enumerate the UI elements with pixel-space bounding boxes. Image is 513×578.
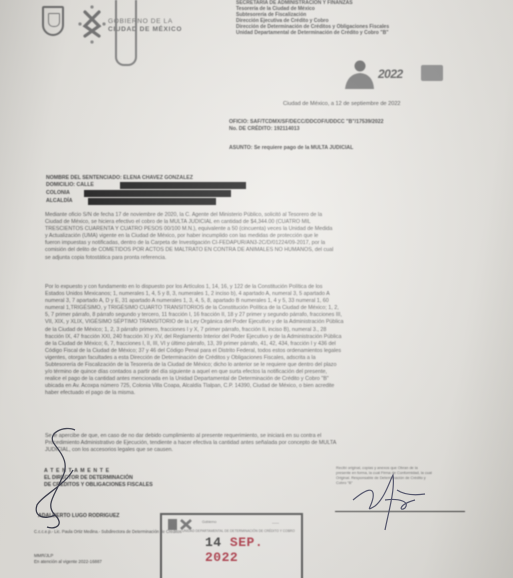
text-line: Mediante oficio S/N de fecha 17 de novie… <box>45 212 333 219</box>
alcaldia-label: ALCALDÍA <box>46 198 73 204</box>
text-line: TRESCIENTOS CUARENTA Y CUATRO PESOS 00/1… <box>45 226 333 233</box>
redacted-colonia <box>84 190 231 197</box>
text-line: haber efectuado el pago de la misma. <box>45 390 344 397</box>
cdmx-logo-icon <box>77 4 107 44</box>
year-banner: 2022 <box>343 55 455 91</box>
credit-number: No. DE CRÉDITO: 192114013 <box>229 126 300 132</box>
initials: MMR/JLP <box>34 553 53 558</box>
text-line: vigentes, otorgan facultades a esta Dire… <box>45 355 344 362</box>
subject-line: ASUNTO: Se requiere pago de la MULTA JUD… <box>229 145 353 151</box>
salutation: A T E N T A M E N T E <box>44 468 110 474</box>
colonia-label: COLONIA <box>46 190 70 196</box>
portrait-icon <box>343 59 375 89</box>
document-page: GOBIERNO DE LA CIUDAD DE MÉXICO SECRETAR… <box>0 0 513 578</box>
text-line: comisión del delito de COMETIDOS POR ACT… <box>45 247 333 254</box>
text-line: de la Ciudad de México; 6, 7, fracciones… <box>45 341 344 348</box>
text-line: JUDICIAL, con los accesorios legales que… <box>45 447 336 454</box>
paper-clip-icon <box>115 0 137 66</box>
text-line: fracción IX, 47 fracción XXI, 240 fracci… <box>45 334 344 341</box>
signer-title-2: DE CRÉDITOS Y OBLIGACIONES FISCALES <box>44 482 153 488</box>
redacted-alcaldia <box>88 198 216 205</box>
text-line: y/o término de quince días contados a pa… <box>45 369 344 376</box>
stamp-unit: UNIDAD DEPARTAMENTAL DE DETERMINACIÓN DE… <box>182 529 295 533</box>
attention-ref: En atención al vigente 2022-16887 <box>34 559 102 564</box>
text-line: Procedimiento Administrativo de Ejecució… <box>45 440 336 447</box>
text-line: realice el pago de la cantidad antes men… <box>45 376 344 383</box>
text-line: Se le apercibe de que, en caso de no dar… <box>45 433 336 440</box>
paragraph-2: Por lo expuesto y con fundamento en lo d… <box>45 284 344 398</box>
receipt-text: Recibí original, copias y anexos que Obr… <box>336 466 432 486</box>
oficio-number: OFICIO: SAF/TCDMX/SF/DECC/DDCOF/UDDCC "B… <box>229 119 384 125</box>
text-line: Código Fiscal de la Ciudad de México; 37… <box>45 348 344 355</box>
banner-logo <box>421 65 443 81</box>
text-line: Original. Responsable de Determinación d… <box>336 476 432 481</box>
text-line: Subtesorería de Fiscalización de la Teso… <box>45 362 344 369</box>
received-stamp: Gobierno —— UNIDAD DEPARTAMENTAL DE DETE… <box>160 513 303 578</box>
text-line: fueron impuestas y notificadas, dentro d… <box>45 240 333 247</box>
text-line: Cobro "B" <box>336 481 432 486</box>
text-line: Por lo expuesto y con fundamento en lo d… <box>45 284 344 291</box>
recipient-name: NOMBRE DEL SENTENCIADO: ELENA CHAVEZ GON… <box>46 175 193 181</box>
paragraph-3: Se le apercibe de que, en caso de no dar… <box>45 433 336 454</box>
text-line: numeral 1,TRIGÉSIMO, y TRIGÉSIMO CUARTO … <box>45 305 344 312</box>
signature-line <box>335 511 465 512</box>
text-line: ubicada en Av. Acoxpa número 725, Coloni… <box>45 383 344 390</box>
stamp-date: 14 SEP. 2022 <box>205 535 301 565</box>
signer-title-1: EL DIRECTOR DE DETERMINACIÓN <box>44 475 133 481</box>
text-line: Estados Unidos Mexicanos; 1, numerales 1… <box>45 291 344 298</box>
redacted-address <box>120 182 246 189</box>
place-date: Ciudad de México, a 12 de septiembre de … <box>283 101 401 107</box>
text-line: Unidad Departamental de Determinación de… <box>236 30 389 36</box>
address-label: DOMICILIO: CALLE <box>46 182 94 188</box>
banner-year: 2022 <box>378 67 403 81</box>
text-line: se adjunta copia fotostática para pronta… <box>45 255 333 262</box>
coat-of-arms-icon <box>42 6 64 36</box>
text-line: de la Ciudad de México; 1, 2, 3 párrafo … <box>45 327 344 334</box>
department-block: SECRETARÍA DE ADMINISTRACIÓN Y FINANZAST… <box>236 0 389 37</box>
text-line: y Actualización (UMA) vigente en la Ciud… <box>45 233 333 240</box>
signer-name: ADALBERTO LUGO RODRIGUEZ <box>38 513 119 519</box>
paragraph-1: Mediante oficio S/N de fecha 17 de novie… <box>45 212 333 262</box>
text-line: VII, XIX, y XLIX, VIGÉSIMO SÉPTIMO TRANS… <box>45 319 344 326</box>
text-line: Ciudad de México, se hiciera efectivo el… <box>45 219 333 226</box>
